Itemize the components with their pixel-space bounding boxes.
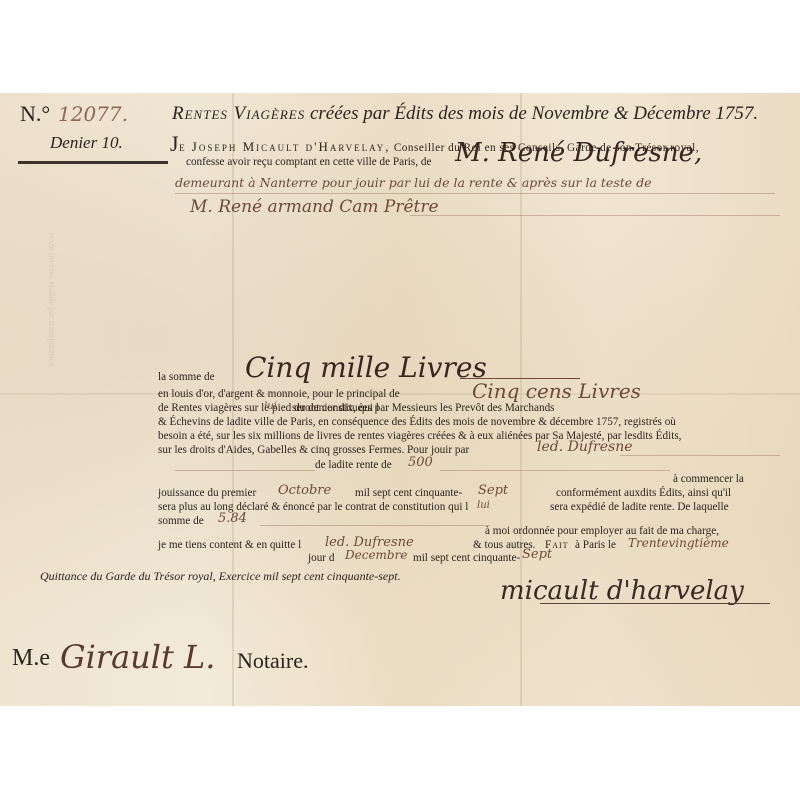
quittance-line: Quittance du Garde du Trésor royal, Exer…: [40, 569, 401, 584]
handwritten-rent-amount: 500: [408, 455, 433, 470]
handwritten-amount-2: 5.84: [218, 511, 247, 526]
treasurer-signature: micault d'harvelay: [500, 576, 744, 606]
body-line-9b: sera expédié de ladite rente. De laquell…: [550, 501, 729, 513]
handwritten-sum: Cinq mille Livres: [245, 351, 487, 384]
body-line-7a: de ladite rente de: [315, 459, 392, 471]
body-line-8b: mil sept cent cinquante-: [355, 487, 462, 499]
number-label: N.°: [20, 101, 50, 127]
body-line-11a: je me tiens content & en quitte l: [158, 539, 301, 551]
body-line-1: la somme de: [158, 371, 215, 383]
body-line-8a: jouissance du premier: [158, 487, 256, 499]
body-line-8c: conformément auxdits Édits, ainsi qu'il: [556, 487, 731, 499]
notary-signature: Girault L.: [60, 638, 215, 676]
declaration-line-2: confesse avoir reçu comptant en cette vi…: [186, 156, 431, 168]
body-line-11d: à Paris le: [575, 539, 616, 551]
notary-label: Notaire.: [237, 648, 308, 674]
handwritten-date-month: Decembre: [345, 548, 407, 562]
handwritten-month: Octobre: [278, 483, 331, 498]
heading-rest: créées par Édits des mois de Novembre & …: [305, 103, 758, 124]
body-line-7b: à commencer la: [673, 473, 744, 485]
body-line-9a: sera plus au long déclaré & énoncé par l…: [158, 501, 468, 513]
handwritten-qui-2: lui: [477, 500, 490, 511]
denier-label: Denier 10.: [50, 133, 123, 153]
fill-rule: [410, 215, 780, 216]
number-value: 12077.: [58, 102, 128, 126]
body-line-10a: somme de: [158, 515, 204, 527]
body-line-4: & Échevins de ladite ville de Paris, en …: [158, 416, 676, 428]
treasurer-name: e Joseph Micault d'Harvelay,: [179, 139, 390, 154]
signature-flourish: [540, 603, 770, 604]
fill-rule: [440, 470, 670, 471]
bleed-through-text: texte inversé visible par transparence: [0, 233, 60, 343]
fill-rule: [260, 525, 490, 526]
handwritten-payer: M. René Dufresne,: [455, 138, 702, 168]
document-paper: texte inversé visible par transparence N…: [0, 93, 800, 706]
body-line-3b: seront constituées par Messieurs les Pre…: [292, 402, 555, 414]
body-line-12a: jour d: [308, 552, 334, 564]
handwritten-principal: Cinq cens Livres: [472, 379, 641, 403]
fill-rule: [620, 455, 780, 456]
handwritten-date-day: Trentevingtième: [628, 536, 729, 550]
fold-line: [0, 393, 800, 395]
drop-initial: J: [170, 131, 179, 156]
handwritten-year-2: Sept: [522, 547, 552, 562]
handwritten-line-4: M. René armand Cam Prêtre: [190, 197, 439, 217]
handwritten-qui-1: lui: [264, 401, 277, 412]
body-line-12b: mil sept cent cinquante-: [413, 552, 520, 564]
heading-rentes: Rentes Viagères: [172, 103, 305, 124]
fill-rule: [175, 193, 775, 194]
fill-rule: [175, 470, 315, 471]
document-heading: Rentes Viagères créées par Édits des moi…: [172, 103, 758, 125]
body-line-2: en louis d'or, d'argent & monnoie, pour …: [158, 388, 400, 400]
handwritten-year-1: Sept: [478, 483, 508, 498]
header-rule: [18, 161, 168, 164]
handwritten-line-3: demeurant à Nanterre pour jouir par lui …: [175, 175, 652, 190]
handwritten-beneficiary: led. Dufresne: [537, 439, 633, 455]
notary-prefix: M.e: [12, 645, 50, 672]
